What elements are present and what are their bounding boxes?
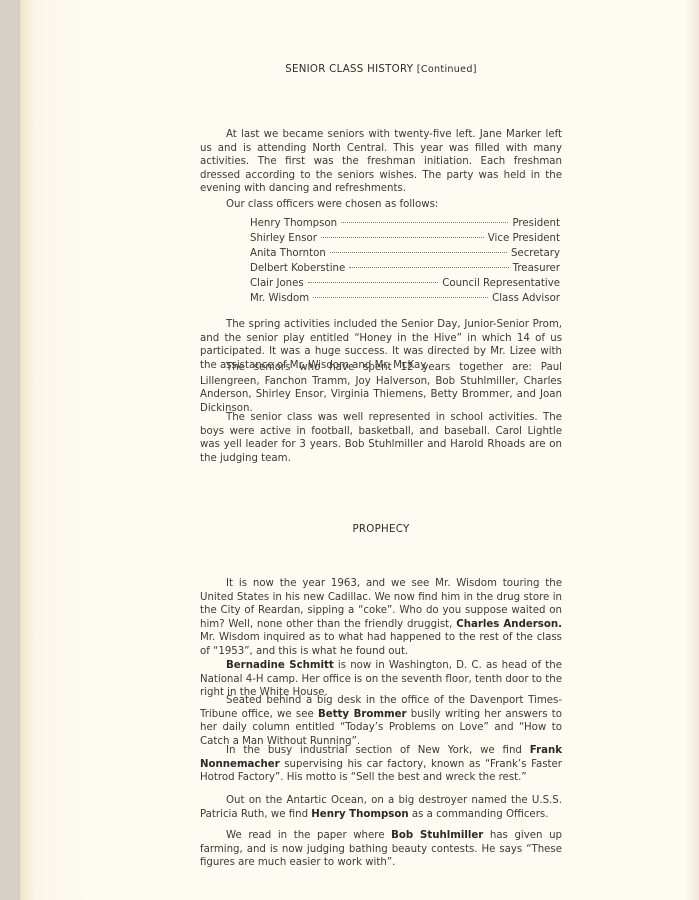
dot-leader	[321, 237, 484, 238]
dot-leader	[349, 267, 508, 268]
page-shadow	[35, 0, 95, 900]
dot-leader	[313, 297, 488, 298]
officer-name: Shirley Ensor	[250, 231, 317, 246]
text: Mr. Wisdom inquired as to what had happe…	[200, 632, 562, 657]
officer-row: Delbert KoberstineTreasurer	[250, 261, 560, 276]
text: In the busy industrial section of New Yo…	[226, 745, 530, 756]
heading-suffix: [Continued]	[417, 64, 477, 75]
officer-role: President	[512, 216, 560, 231]
prophecy-paragraph: We read in the paper where Bob Stuhlmill…	[200, 829, 562, 870]
paragraph-intro: At last we became seniors with twenty-fi…	[200, 128, 562, 196]
paragraph-school-activities: The senior class was well represented in…	[200, 411, 562, 465]
name-bold: Bob Stuhlmiller	[391, 830, 483, 841]
officer-role: Council Representative	[442, 276, 560, 291]
officer-row: Mr. WisdomClass Advisor	[250, 291, 560, 306]
officer-role: Treasurer	[513, 261, 560, 276]
officer-row: Shirley EnsorVice President	[250, 231, 560, 246]
dot-leader	[308, 282, 439, 283]
name-bold: Charles Anderson.	[456, 619, 562, 630]
name-bold: Betty Brommer	[318, 709, 407, 720]
prophecy-paragraph: It is now the year 1963, and we see Mr. …	[200, 577, 562, 659]
officer-name: Clair Jones	[250, 276, 304, 291]
officer-role: Class Advisor	[492, 291, 560, 306]
prophecy-paragraph: In the busy industrial section of New Yo…	[200, 744, 562, 785]
section-heading-history: SENIOR CLASS HISTORY [Continued]	[200, 63, 562, 77]
page-edge	[20, 0, 36, 900]
officer-role: Vice President	[488, 231, 560, 246]
officer-row: Clair JonesCouncil Representative	[250, 276, 560, 291]
officer-role: Secretary	[511, 246, 560, 261]
prophecy-paragraph: Out on the Antartic Ocean, on a big dest…	[200, 794, 562, 821]
officer-name: Anita Thornton	[250, 246, 326, 261]
section-heading-prophecy: PROPHECY	[200, 523, 562, 537]
page-right-edge	[685, 0, 699, 900]
paragraph-officers-intro: Our class officers were chosen as follow…	[200, 198, 562, 212]
binding-gutter	[0, 0, 20, 900]
dot-leader	[341, 222, 508, 223]
paragraph-twelve-years: The seniors who have spent 12 years toge…	[200, 361, 562, 415]
name-bold: Henry Thompson	[311, 809, 408, 820]
prophecy-paragraph: Seated behind a big desk in the office o…	[200, 694, 562, 748]
officer-row: Anita ThorntonSecretary	[250, 246, 560, 261]
text: We read in the paper where	[226, 830, 391, 841]
officer-name: Henry Thompson	[250, 216, 337, 231]
heading-title: PROPHECY	[352, 524, 409, 535]
officers-list: Henry ThompsonPresident Shirley EnsorVic…	[250, 216, 560, 306]
name-bold: Bernadine Schmitt	[226, 660, 334, 671]
dot-leader	[330, 252, 507, 253]
officer-name: Delbert Koberstine	[250, 261, 345, 276]
officer-name: Mr. Wisdom	[250, 291, 309, 306]
heading-title: SENIOR CLASS HISTORY	[285, 64, 413, 75]
text: as a commanding Officers.	[409, 809, 549, 820]
officer-row: Henry ThompsonPresident	[250, 216, 560, 231]
